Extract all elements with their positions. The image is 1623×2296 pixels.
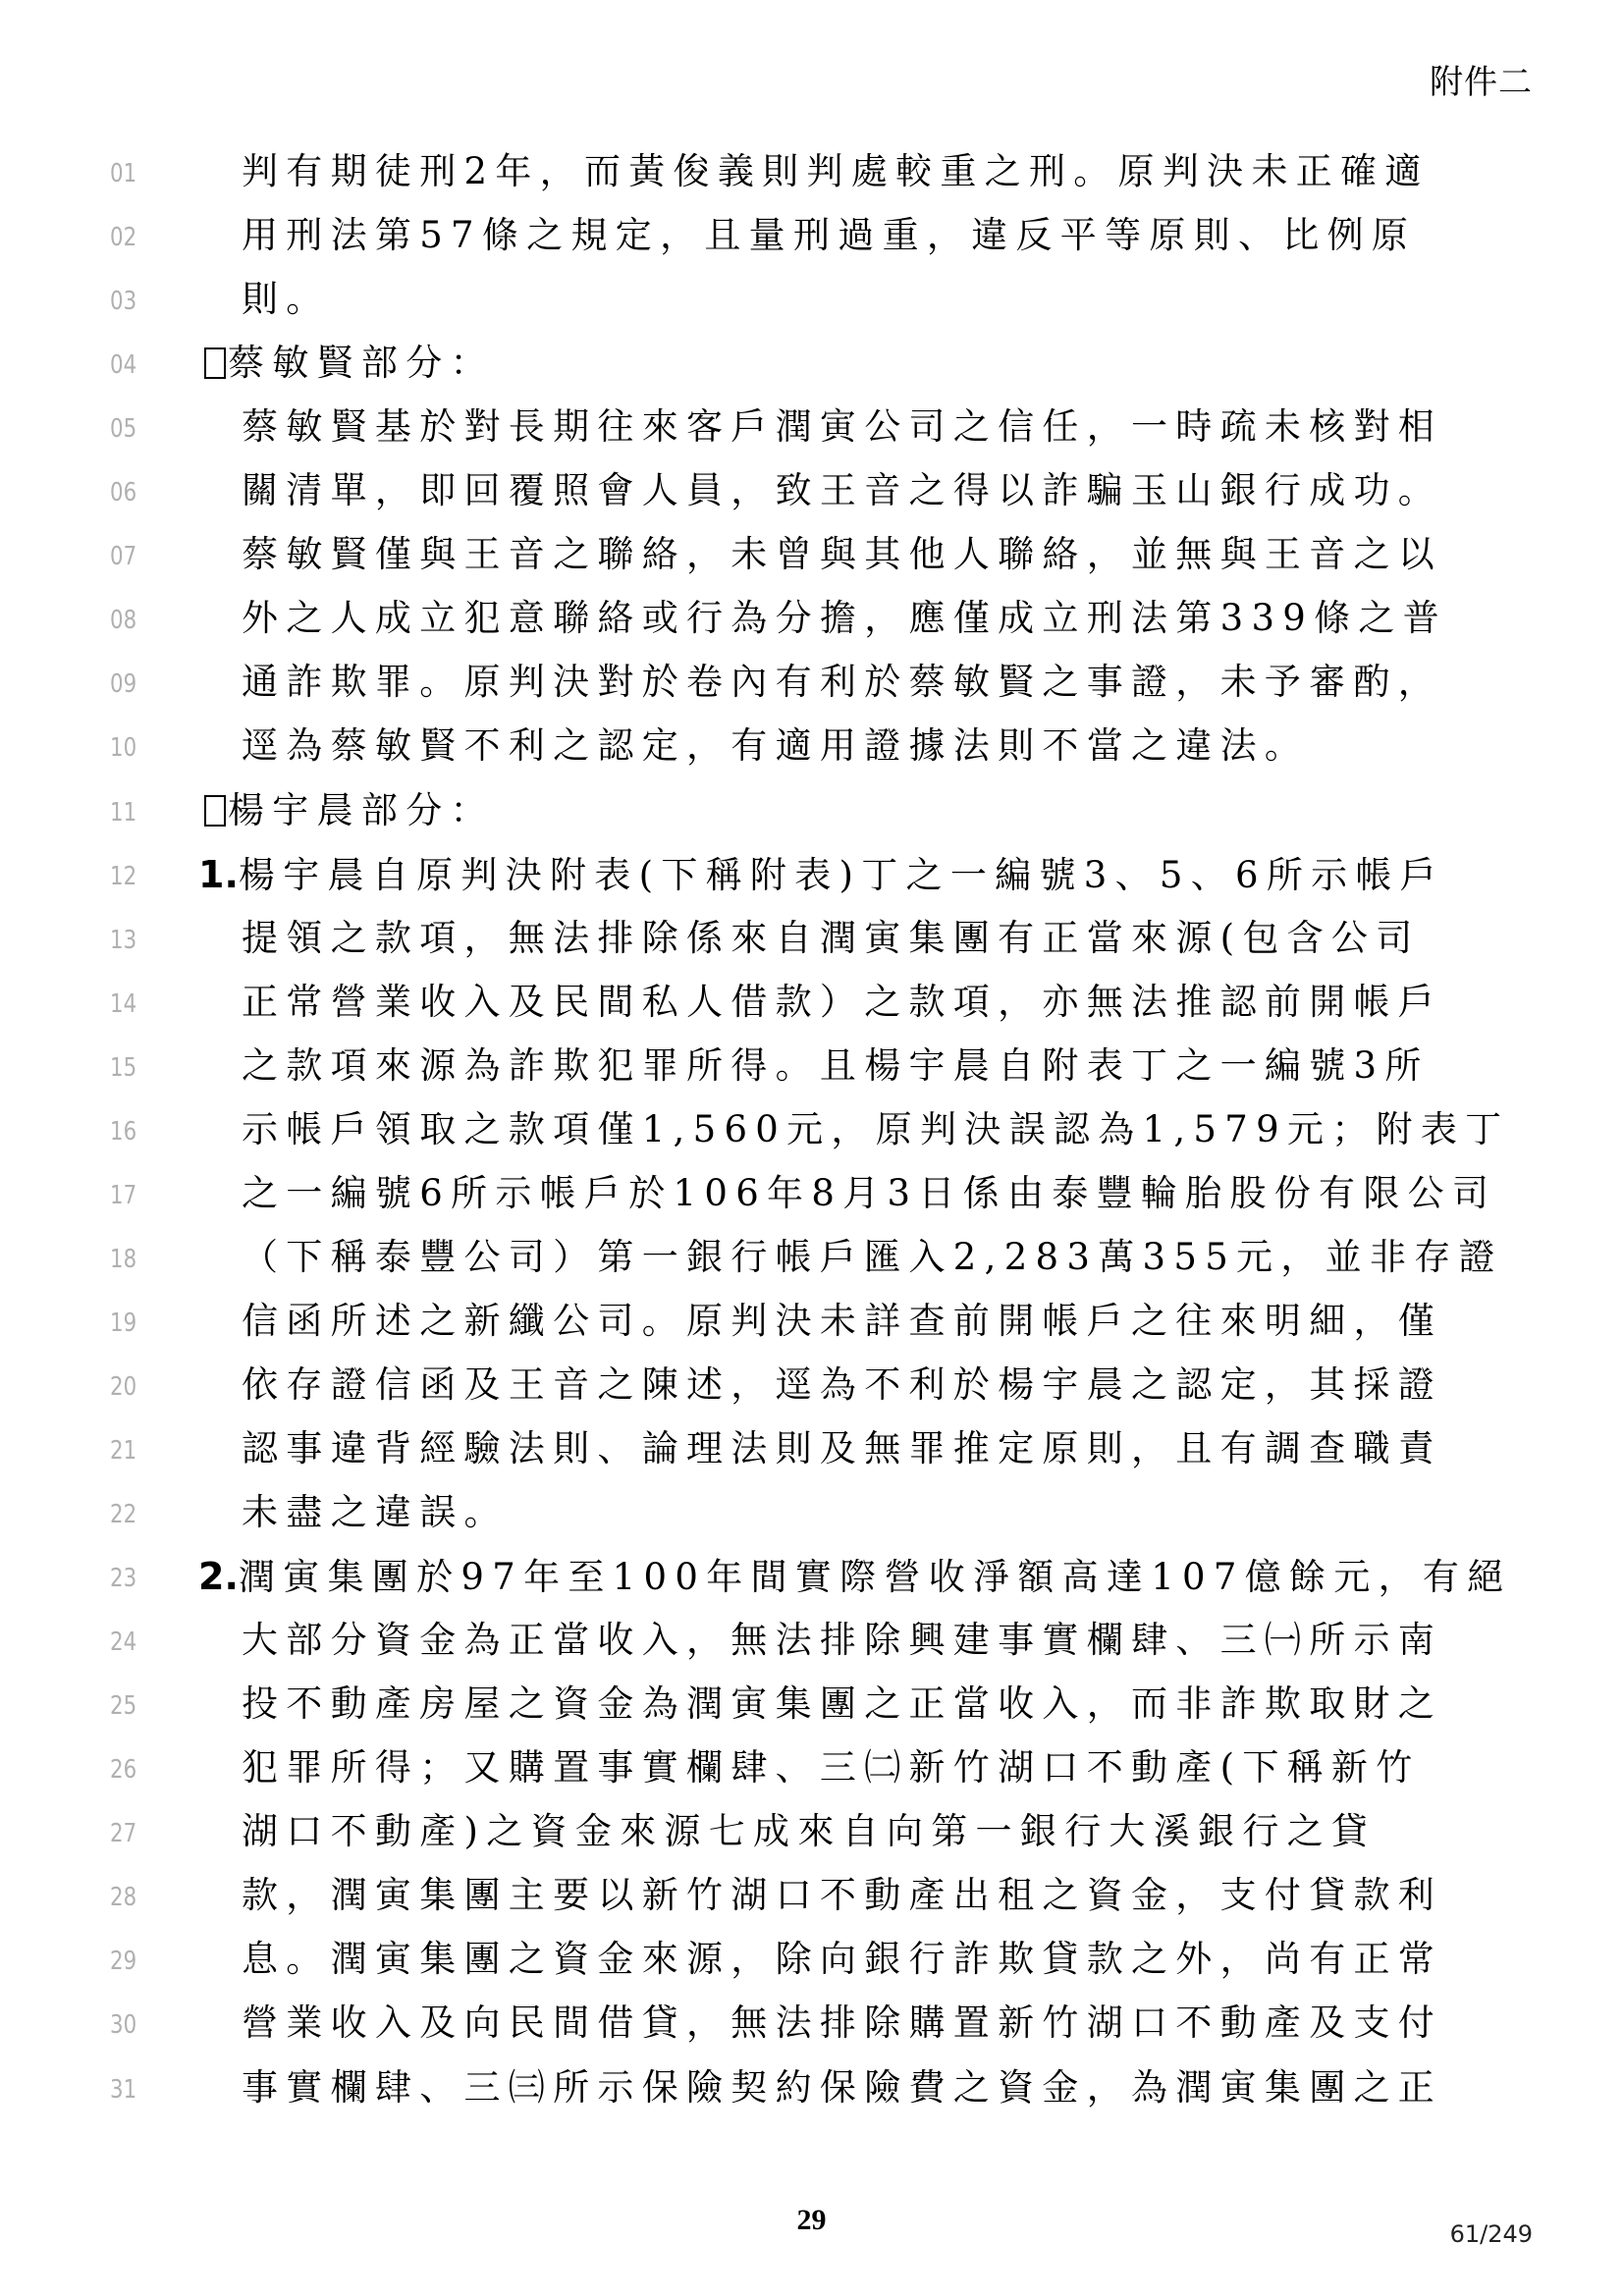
- line-number: 04: [110, 350, 136, 380]
- line-number: 28: [110, 1883, 136, 1912]
- document-line: 10逕為蔡敏賢不利之認定，有適用證據法則不當之違法。: [0, 721, 1623, 785]
- paragraph-text: 用刑法第57條之規定，且量刑過重，違反平等原則、比例原: [242, 211, 1416, 260]
- line-number: 22: [110, 1500, 136, 1529]
- paragraph-text: 正常營業收入及民間私人借款）之款項，亦無法推認前開帳戶: [242, 978, 1442, 1027]
- document-line: 19信函所述之新纖公司。原判決未詳查前開帳戶之往來明細，僅: [0, 1297, 1623, 1361]
- line-text: 判有期徒刑2年，而黃俊義則判處較重之刑。原判決未正確適: [242, 150, 1430, 192]
- line-number: 23: [110, 1564, 136, 1593]
- line-number: 10: [110, 733, 136, 763]
- paragraph-text: 未盡之違誤。: [242, 1488, 509, 1537]
- line-text: （下稱泰豐公司）第一銀行帳戶匯入2,283萬355元，並非存證: [242, 1236, 1503, 1278]
- document-line: 11楊宇晨部分：: [0, 786, 1623, 850]
- line-number: 29: [110, 1947, 136, 1976]
- document-line: 02用刑法第57條之規定，且量刑過重，違反平等原則、比例原: [0, 211, 1623, 275]
- line-number: 31: [110, 2075, 136, 2105]
- line-text: 通詐欺罪。原判決對於卷內有利於蔡敏賢之事證，未予審酌，: [242, 661, 1442, 703]
- line-text: 示帳戶領取之款項僅1,560元，原判決誤認為1,579元；附表丁: [242, 1108, 1509, 1150]
- line-number: 11: [110, 798, 136, 828]
- line-text: 潤寅集團於97年至100年間實際營收淨額高達107億餘元，有絕: [239, 1556, 1512, 1598]
- paragraph-text: 營業收入及向民間借貸，無法排除購置新竹湖口不動產及支付: [242, 1999, 1442, 2048]
- line-text: 依存證信函及王音之陳述，逕為不利於楊宇晨之認定，其採證: [242, 1363, 1442, 1406]
- checkbox-square-icon: [204, 347, 226, 379]
- document-line: 20依存證信函及王音之陳述，逕為不利於楊宇晨之認定，其採證: [0, 1361, 1623, 1424]
- line-text: 之款項來源為詐欺犯罪所得。且楊宇晨自附表丁之一編號3所: [242, 1044, 1430, 1087]
- document-line: 31事實欄肆、三㈢所示保險契約保險費之資金，為潤寅集團之正: [0, 2063, 1623, 2127]
- paragraph-text: 大部分資金為正當收入，無法排除興建事實欄肆、三㈠所示南: [242, 1616, 1442, 1665]
- document-line: 28款，潤寅集團主要以新竹湖口不動產出租之資金，支付貸款利: [0, 1871, 1623, 1935]
- line-number: 26: [110, 1755, 136, 1785]
- line-number: 24: [110, 1628, 136, 1657]
- document-line: 07蔡敏賢僅與王音之聯絡，未曾與其他人聯絡，並無與王音之以: [0, 530, 1623, 594]
- line-text: 外之人成立犯意聯絡或行為分擔，應僅成立刑法第339條之普: [242, 597, 1447, 639]
- line-text: 蔡敏賢部分：: [228, 342, 495, 384]
- document-line: 03則。: [0, 275, 1623, 339]
- document-line: 05蔡敏賢基於對長期往來客戶潤寅公司之信任，一時疏未核對相: [0, 402, 1623, 466]
- line-number: 21: [110, 1436, 136, 1466]
- paragraph-text: 依存證信函及王音之陳述，逕為不利於楊宇晨之認定，其採證: [242, 1361, 1442, 1410]
- paragraph-text: 關清單，即回覆照會人員，致王音之得以詐騙玉山銀行成功。: [242, 466, 1442, 515]
- line-text: 事實欄肆、三㈢所示保險契約保險費之資金，為潤寅集團之正: [242, 2066, 1442, 2109]
- line-number: 19: [110, 1308, 136, 1338]
- document-line: 232.潤寅集團於97年至100年間實際營收淨額高達107億餘元，有絕: [0, 1552, 1623, 1616]
- page-counter: 61/249: [1450, 2220, 1533, 2248]
- document-line: 09通詐欺罪。原判決對於卷內有利於蔡敏賢之事證，未予審酌，: [0, 658, 1623, 721]
- line-text: 用刑法第57條之規定，且量刑過重，違反平等原則、比例原: [242, 214, 1416, 256]
- page-number: 29: [0, 2204, 1623, 2237]
- paragraph-text: 則。: [242, 275, 331, 324]
- line-text: 信函所述之新纖公司。原判決未詳查前開帳戶之往來明細，僅: [242, 1300, 1442, 1342]
- document-line: 121.楊宇晨自原判決附表(下稱附表)丁之一編號3、5、6所示帳戶: [0, 850, 1623, 914]
- document-line: 30營業收入及向民間借貸，無法排除購置新竹湖口不動產及支付: [0, 1999, 1623, 2062]
- document-line: 13提領之款項，無法排除係來自潤寅集團有正當來源(包含公司: [0, 914, 1623, 978]
- list-item-number: 2.: [198, 1555, 239, 1598]
- document-line: 14正常營業收入及民間私人借款）之款項，亦無法推認前開帳戶: [0, 978, 1623, 1041]
- document-line: 22未盡之違誤。: [0, 1488, 1623, 1552]
- paragraph-text: 逕為蔡敏賢不利之認定，有適用證據法則不當之違法。: [242, 721, 1309, 771]
- line-text: 關清單，即回覆照會人員，致王音之得以詐騙玉山銀行成功。: [242, 469, 1442, 511]
- line-number: 15: [110, 1053, 136, 1083]
- line-text: 逕為蔡敏賢不利之認定，有適用證據法則不當之違法。: [242, 724, 1309, 767]
- document-line: 25投不動產房屋之資金為潤寅集團之正當收入，而非詐欺取財之: [0, 1680, 1623, 1743]
- paragraph-text: 提領之款項，無法排除係來自潤寅集團有正當來源(包含公司: [242, 914, 1421, 963]
- paragraph-text: 事實欄肆、三㈢所示保險契約保險費之資金，為潤寅集團之正: [242, 2063, 1442, 2112]
- list-item-number: 1.: [198, 853, 239, 896]
- line-number: 01: [110, 159, 136, 188]
- paragraph-text: 示帳戶領取之款項僅1,560元，原判決誤認為1,579元；附表丁: [242, 1105, 1509, 1154]
- checkbox-square-icon: [204, 795, 226, 827]
- line-number: 08: [110, 606, 136, 635]
- document-line: 17之一編號6所示帳戶於106年8月3日係由泰豐輪胎股份有限公司: [0, 1169, 1623, 1233]
- paragraph-text: 蔡敏賢僅與王音之聯絡，未曾與其他人聯絡，並無與王音之以: [242, 530, 1442, 579]
- line-number: 05: [110, 414, 136, 444]
- line-text: 大部分資金為正當收入，無法排除興建事實欄肆、三㈠所示南: [242, 1619, 1442, 1661]
- line-text: 提領之款項，無法排除係來自潤寅集團有正當來源(包含公司: [242, 917, 1421, 959]
- paragraph-text: 認事違背經驗法則、論理法則及無罪推定原則，且有調查職責: [242, 1424, 1442, 1473]
- line-number: 13: [110, 926, 136, 955]
- document-line: 27湖口不動產)之資金來源七成來自向第一銀行大溪銀行之貸: [0, 1807, 1623, 1871]
- paragraph-text: 投不動產房屋之資金為潤寅集團之正當收入，而非詐欺取財之: [242, 1680, 1442, 1729]
- line-text: 蔡敏賢基於對長期往來客戶潤寅公司之信任，一時疏未核對相: [242, 405, 1442, 448]
- paragraph-text: （下稱泰豐公司）第一銀行帳戶匯入2,283萬355元，並非存證: [242, 1233, 1503, 1282]
- paragraph-text: 判有期徒刑2年，而黃俊義則判處較重之刑。原判決未正確適: [242, 147, 1430, 196]
- paragraph-text: 犯罪所得；又購置事實欄肆、三㈡新竹湖口不動產(下稱新竹: [242, 1743, 1421, 1792]
- line-number: 07: [110, 542, 136, 571]
- document-line: 15之款項來源為詐欺犯罪所得。且楊宇晨自附表丁之一編號3所: [0, 1041, 1623, 1105]
- paragraph-text: 息。潤寅集團之資金來源，除向銀行詐欺貸款之外，尚有正常: [242, 1935, 1442, 1984]
- paragraph-text: 湖口不動產)之資金來源七成來自向第一銀行大溪銀行之貸: [242, 1807, 1376, 1856]
- line-text: 認事違背經驗法則、論理法則及無罪推定原則，且有調查職責: [242, 1427, 1442, 1469]
- line-number: 25: [110, 1691, 136, 1721]
- line-text: 蔡敏賢僅與王音之聯絡，未曾與其他人聯絡，並無與王音之以: [242, 533, 1442, 575]
- line-text: 則。: [242, 278, 331, 320]
- line-number: 02: [110, 223, 136, 252]
- paragraph-text: 蔡敏賢基於對長期往來客戶潤寅公司之信任，一時疏未核對相: [242, 402, 1442, 452]
- line-number: 18: [110, 1245, 136, 1274]
- line-text: 正常營業收入及民間私人借款）之款項，亦無法推認前開帳戶: [242, 981, 1442, 1023]
- section-heading: 楊宇晨部分：: [204, 786, 495, 835]
- list-item-text: 2.潤寅集團於97年至100年間實際營收淨額高達107億餘元，有絕: [198, 1552, 1512, 1602]
- line-text: 息。潤寅集團之資金來源，除向銀行詐欺貸款之外，尚有正常: [242, 1938, 1442, 1980]
- list-item-text: 1.楊宇晨自原判決附表(下稱附表)丁之一編號3、5、6所示帳戶: [198, 850, 1444, 900]
- line-text: 楊宇晨自原判決附表(下稱附表)丁之一編號3、5、6所示帳戶: [239, 854, 1444, 896]
- paragraph-text: 之一編號6所示帳戶於106年8月3日係由泰豐輪胎股份有限公司: [242, 1169, 1496, 1218]
- line-text: 之一編號6所示帳戶於106年8月3日係由泰豐輪胎股份有限公司: [242, 1172, 1496, 1214]
- document-line: 26犯罪所得；又購置事實欄肆、三㈡新竹湖口不動產(下稱新竹: [0, 1743, 1623, 1807]
- section-heading: 蔡敏賢部分：: [204, 339, 495, 388]
- line-text: 投不動產房屋之資金為潤寅集團之正當收入，而非詐欺取財之: [242, 1682, 1442, 1725]
- attachment-label: 附件二: [1430, 55, 1533, 103]
- line-number: 30: [110, 2010, 136, 2040]
- line-number: 03: [110, 287, 136, 316]
- line-text: 楊宇晨部分：: [228, 789, 495, 831]
- document-line: 21認事違背經驗法則、論理法則及無罪推定原則，且有調查職責: [0, 1424, 1623, 1488]
- document-line: 06關清單，即回覆照會人員，致王音之得以詐騙玉山銀行成功。: [0, 466, 1623, 530]
- line-number: 14: [110, 989, 136, 1019]
- document-line: 08外之人成立犯意聯絡或行為分擔，應僅成立刑法第339條之普: [0, 594, 1623, 658]
- document-line: 04蔡敏賢部分：: [0, 339, 1623, 402]
- paragraph-text: 款，潤寅集團主要以新竹湖口不動產出租之資金，支付貸款利: [242, 1871, 1442, 1920]
- document-line: 16示帳戶領取之款項僅1,560元，原判決誤認為1,579元；附表丁: [0, 1105, 1623, 1169]
- line-text: 湖口不動產)之資金來源七成來自向第一銀行大溪銀行之貸: [242, 1810, 1376, 1852]
- document-line: 01判有期徒刑2年，而黃俊義則判處較重之刑。原判決未正確適: [0, 147, 1623, 211]
- line-text: 犯罪所得；又購置事實欄肆、三㈡新竹湖口不動產(下稱新竹: [242, 1746, 1421, 1789]
- line-number: 27: [110, 1819, 136, 1848]
- paragraph-text: 信函所述之新纖公司。原判決未詳查前開帳戶之往來明細，僅: [242, 1297, 1442, 1346]
- line-number: 16: [110, 1117, 136, 1147]
- line-number: 12: [110, 862, 136, 891]
- paragraph-text: 之款項來源為詐欺犯罪所得。且楊宇晨自附表丁之一編號3所: [242, 1041, 1430, 1091]
- paragraph-text: 外之人成立犯意聯絡或行為分擔，應僅成立刑法第339條之普: [242, 594, 1447, 643]
- line-text: 款，潤寅集團主要以新竹湖口不動產出租之資金，支付貸款利: [242, 1874, 1442, 1916]
- line-number: 06: [110, 478, 136, 507]
- line-number: 20: [110, 1372, 136, 1402]
- document-line: 24大部分資金為正當收入，無法排除興建事實欄肆、三㈠所示南: [0, 1616, 1623, 1680]
- line-number: 17: [110, 1181, 136, 1210]
- line-text: 未盡之違誤。: [242, 1491, 509, 1533]
- document-line: 18（下稱泰豐公司）第一銀行帳戶匯入2,283萬355元，並非存證: [0, 1233, 1623, 1297]
- document-line: 29息。潤寅集團之資金來源，除向銀行詐欺貸款之外，尚有正常: [0, 1935, 1623, 1999]
- line-number: 09: [110, 669, 136, 699]
- line-text: 營業收入及向民間借貸，無法排除購置新竹湖口不動產及支付: [242, 2002, 1442, 2044]
- paragraph-text: 通詐欺罪。原判決對於卷內有利於蔡敏賢之事證，未予審酌，: [242, 658, 1442, 707]
